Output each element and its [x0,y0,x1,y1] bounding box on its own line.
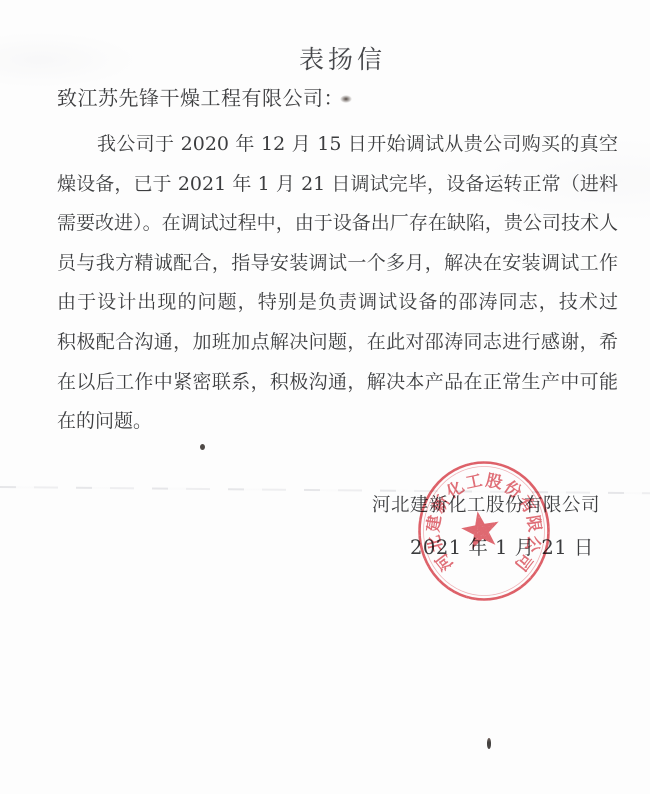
scanned-letter-page: 表扬信 致江苏先锋干燥工程有限公司： 我公司于 2020 年 12 月 15 日… [0,0,650,794]
body-line: 我公司于 2020 年 12 月 15 日开始调试从贵公司购买的真空盘式干 [57,125,618,165]
body-line: 员与我方精诚配合，指导安装调试一个多月，解决在安装调试工作中 [57,244,618,284]
letter-salutation: 致江苏先锋干燥工程有限公司： [57,85,344,112]
body-line: 在的问题。 [57,402,618,442]
body-line: 由于设计出现的问题，特别是负责调试设备的邵涛同志，技术过硬， [57,283,618,323]
body-line: 燥设备，已于 2021 年 1 月 21 日调试完毕，设备运转正常（进料设计 [57,165,618,205]
svg-text:工: 工 [464,470,484,492]
body-line: 积极配合沟通，加班加点解决问题，在此对邵涛同志进行感谢，希望 [57,323,618,363]
ink-speck [200,444,205,450]
svg-text:北: 北 [424,533,447,554]
ink-fleck [487,738,491,749]
ink-smudge [340,95,352,103]
body-line: 在以后工作中紧密联系，积极沟通，解决本产品在正常生产中可能存 [57,363,618,403]
svg-text:股: 股 [484,471,504,493]
body-line: 需要改进）。在调试过程中，由于设备出厂存在缺陷，贵公司技术人 [57,204,618,244]
svg-text:建: 建 [422,513,444,533]
svg-text:司: 司 [511,550,536,575]
letter-body: 我公司于 2020 年 12 月 15 日开始调试从贵公司购买的真空盘式干 燥设… [57,125,618,442]
svg-text:限: 限 [523,514,544,534]
star-icon [461,511,499,549]
letter-title: 表扬信 [57,44,618,76]
company-seal: 河北建新化工股份有限公司 [399,446,569,616]
